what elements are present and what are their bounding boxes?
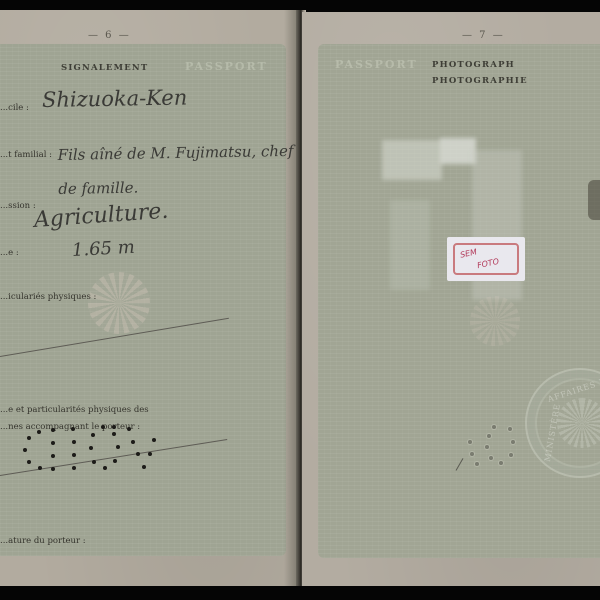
rosette-watermark — [470, 296, 520, 346]
field-label-profession: ...ssion : — [0, 201, 36, 211]
photo-removal-residue — [390, 200, 430, 290]
field-label-particularites: ...iculariés physiques : — [0, 292, 96, 302]
field-label-accompagnants-1: ...e et particularités physiques des — [0, 405, 149, 415]
field-label-domicile: ...cile : — [0, 103, 29, 113]
photo-removal-residue — [382, 140, 442, 180]
field-value-taille: 1.65 m — [71, 237, 135, 261]
photograph-heading-en: PHOTOGRAPH — [432, 60, 515, 70]
seal-emblem — [557, 398, 600, 448]
field-label-accompagnants-2: ...nes accompagnant le porteur : — [0, 422, 140, 432]
page-number-right: — 7 — — [462, 30, 505, 41]
photograph-heading-fr: PHOTOGRAPHIE — [432, 76, 528, 86]
field-value-domicile: Shizuoka-Ken — [42, 85, 188, 112]
right-page-panel — [318, 44, 600, 558]
field-label-etat-familial: ...t familial : — [0, 150, 52, 160]
field-label-taille: ...e : — [0, 248, 19, 258]
signalement-heading: SIGNALEMENT — [61, 63, 148, 73]
passport-photo-scene: — 6 — PASSPORT SIGNALEMENT ...cile : Shi… — [0, 0, 600, 600]
faded-watermark-left: PASSPORT — [185, 60, 268, 73]
faded-watermark-right: PASSPORT — [335, 58, 418, 71]
page-edge-shadow — [588, 180, 600, 220]
sem-foto-sticker: SEM FOTO — [447, 237, 525, 281]
photo-removal-residue — [440, 138, 476, 164]
rosette-watermark — [88, 272, 150, 334]
field-value-etat-familial: Fils aîné de M. Fujimatsu, chef de famil… — [57, 134, 298, 206]
page-number-left: — 6 — — [88, 30, 131, 41]
field-label-signature: ...ature du porteur : — [0, 536, 86, 546]
